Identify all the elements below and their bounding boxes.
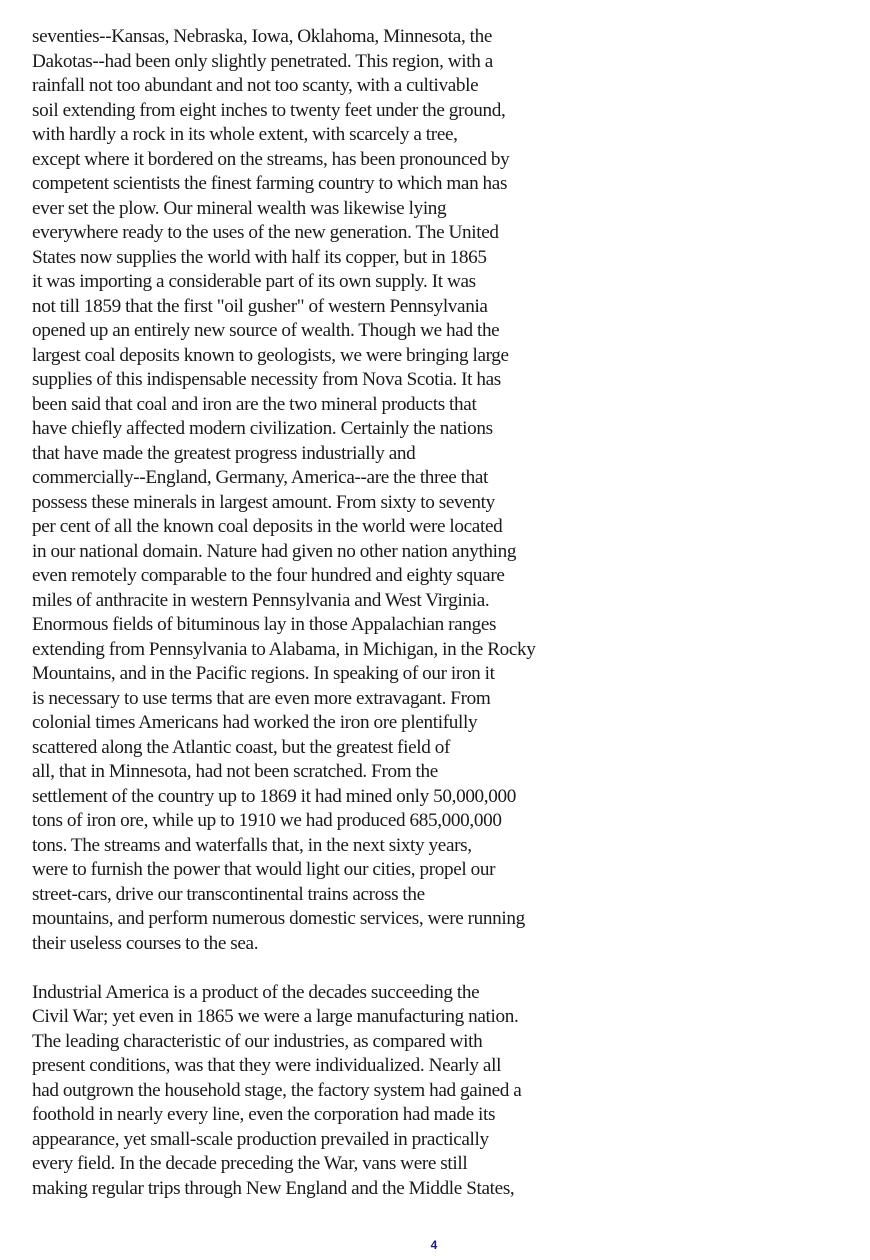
text-line: largest coal deposits known to geologist…	[32, 344, 592, 369]
text-line: scattered along the Atlantic coast, but …	[32, 736, 592, 761]
text-line: possess these minerals in largest amount…	[32, 491, 592, 516]
text-line: The leading characteristic of our indust…	[32, 1030, 592, 1055]
text-line: it was importing a considerable part of …	[32, 270, 592, 295]
text-line: not till 1859 that the first "oil gusher…	[32, 295, 592, 320]
text-line: Enormous fields of bituminous lay in tho…	[32, 613, 592, 638]
text-line: been said that coal and iron are the two…	[32, 393, 592, 418]
text-line: rainfall not too abundant and not too sc…	[32, 74, 592, 99]
text-line: in our national domain. Nature had given…	[32, 540, 592, 565]
text-line: tons. The streams and waterfalls that, i…	[32, 834, 592, 859]
text-line: soil extending from eight inches to twen…	[32, 99, 592, 124]
text-line: commercially--England, Germany, America-…	[32, 466, 592, 491]
text-line: every field. In the decade preceding the…	[32, 1152, 592, 1177]
text-line: even remotely comparable to the four hun…	[32, 564, 592, 589]
text-line: were to furnish the power that would lig…	[32, 858, 592, 883]
text-line: per cent of all the known coal deposits …	[32, 515, 592, 540]
text-line: supplies of this indispensable necessity…	[32, 368, 592, 393]
text-line: colonial times Americans had worked the …	[32, 711, 592, 736]
text-line: appearance, yet small-scale production p…	[32, 1128, 592, 1153]
text-line: everywhere ready to the uses of the new …	[32, 221, 592, 246]
text-line: Industrial America is a product of the d…	[32, 981, 592, 1006]
text-line: all, that in Minnesota, had not been scr…	[32, 760, 592, 785]
text-line: foothold in nearly every line, even the …	[32, 1103, 592, 1128]
text-line: States now supplies the world with half …	[32, 246, 592, 271]
paragraph-1: seventies--Kansas, Nebraska, Iowa, Oklah…	[32, 25, 592, 956]
text-line: that have made the greatest progress ind…	[32, 442, 592, 467]
text-line: mountains, and perform numerous domestic…	[32, 907, 592, 932]
text-line: except where it bordered on the streams,…	[32, 148, 592, 173]
text-line: street-cars, drive our transcontinental …	[32, 883, 592, 908]
text-line: their useless courses to the sea.	[32, 932, 592, 957]
text-line: making regular trips through New England…	[32, 1177, 592, 1202]
text-line: competent scientists the finest farming …	[32, 172, 592, 197]
text-line: had outgrown the household stage, the fa…	[32, 1079, 592, 1104]
text-line: tons of iron ore, while up to 1910 we ha…	[32, 809, 592, 834]
text-line: is necessary to use terms that are even …	[32, 687, 592, 712]
paragraph-2: Industrial America is a product of the d…	[32, 981, 592, 1202]
text-line: with hardly a rock in its whole extent, …	[32, 123, 592, 148]
page-number: 4	[427, 1238, 441, 1252]
text-line: Civil War; yet even in 1865 we were a la…	[32, 1005, 592, 1030]
text-line: seventies--Kansas, Nebraska, Iowa, Oklah…	[32, 25, 592, 50]
text-line: have chiefly affected modern civilizatio…	[32, 417, 592, 442]
text-line: opened up an entirely new source of weal…	[32, 319, 592, 344]
document-page: seventies--Kansas, Nebraska, Iowa, Oklah…	[32, 25, 592, 1201]
text-line: extending from Pennsylvania to Alabama, …	[32, 638, 592, 663]
text-line: present conditions, was that they were i…	[32, 1054, 592, 1079]
text-line: miles of anthracite in western Pennsylva…	[32, 589, 592, 614]
text-line: settlement of the country up to 1869 it …	[32, 785, 592, 810]
text-line: Mountains, and in the Pacific regions. I…	[32, 662, 592, 687]
text-line: ever set the plow. Our mineral wealth wa…	[32, 197, 592, 222]
text-line: Dakotas--had been only slightly penetrat…	[32, 50, 592, 75]
